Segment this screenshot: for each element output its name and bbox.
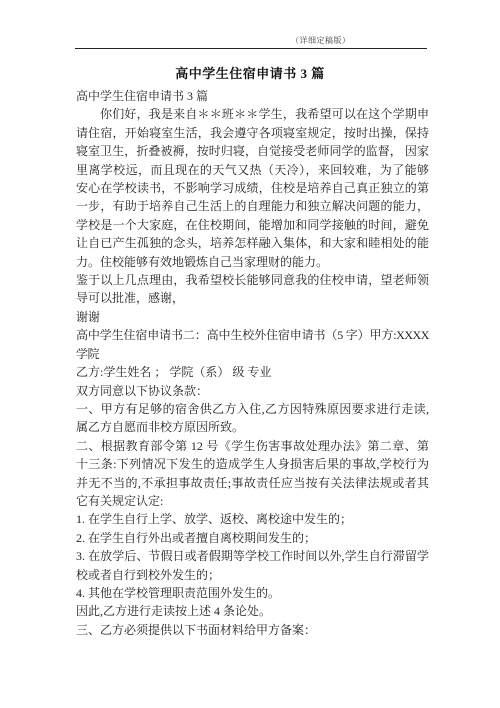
paragraph: 你们好，我是来自＊＊班＊＊学生，我希望可以在这个学期申请住宿，开始寝室生活，我会… — [76, 105, 429, 271]
paragraph: 高中学生住宿申请书二：高中生校外住宿申请书（5 字）甲方:XXXX学院 — [76, 326, 429, 363]
document-page: （详细定稿版） 高中学生住宿申请书 3 篇 高中学生住宿申请书 3 篇 你们好，… — [0, 0, 500, 708]
paragraph: 1. 在学生自行上学、放学、返校、离校途中发生的； — [76, 510, 429, 528]
paragraph: 因此,乙方进行走读按上述 4 条论处。 — [76, 602, 429, 620]
paragraph: 乙方:学生姓名 ； 学院（系） 级 专业 — [76, 363, 429, 381]
paragraph: 高中学生住宿申请书 3 篇 — [76, 87, 429, 105]
paragraph: 2. 在学生自行外出或者擅自离校期间发生的； — [76, 529, 429, 547]
paragraph: 3. 在放学后、节假日或者假期等学校工作时间以外,学生自行滞留学校或者自行到校外… — [76, 547, 429, 584]
version-note: （详细定稿版） — [291, 35, 351, 46]
document-body: 高中学生住宿申请书 3 篇 你们好，我是来自＊＊班＊＊学生，我希望可以在这个学期… — [76, 87, 429, 639]
paragraph: 鉴于以上几点理由，我希望校长能够同意我的住校申请，望老师领导可以批准，感谢， — [76, 271, 429, 308]
paragraph: 二、根据教育部令第 12 号《学生伤害事故处理办法》第二章、第十三条:下列情况下… — [76, 437, 429, 511]
paragraph: 一、甲方有足够的宿舍供乙方入住,乙方因特殊原因要求进行走读,属乙方自愿而非校方原… — [76, 400, 429, 437]
paragraph: 三、乙方必须提供以下书面材料给甲方备案： — [76, 621, 429, 639]
paragraph: 谢谢 — [76, 308, 429, 326]
document-title: 高中学生住宿申请书 3 篇 — [0, 63, 500, 82]
paragraph: 双方同意以下协议条款： — [76, 382, 429, 400]
paragraph: 4. 其他在学校管理职责范围外发生的。 — [76, 584, 429, 602]
header-rule — [75, 48, 427, 49]
